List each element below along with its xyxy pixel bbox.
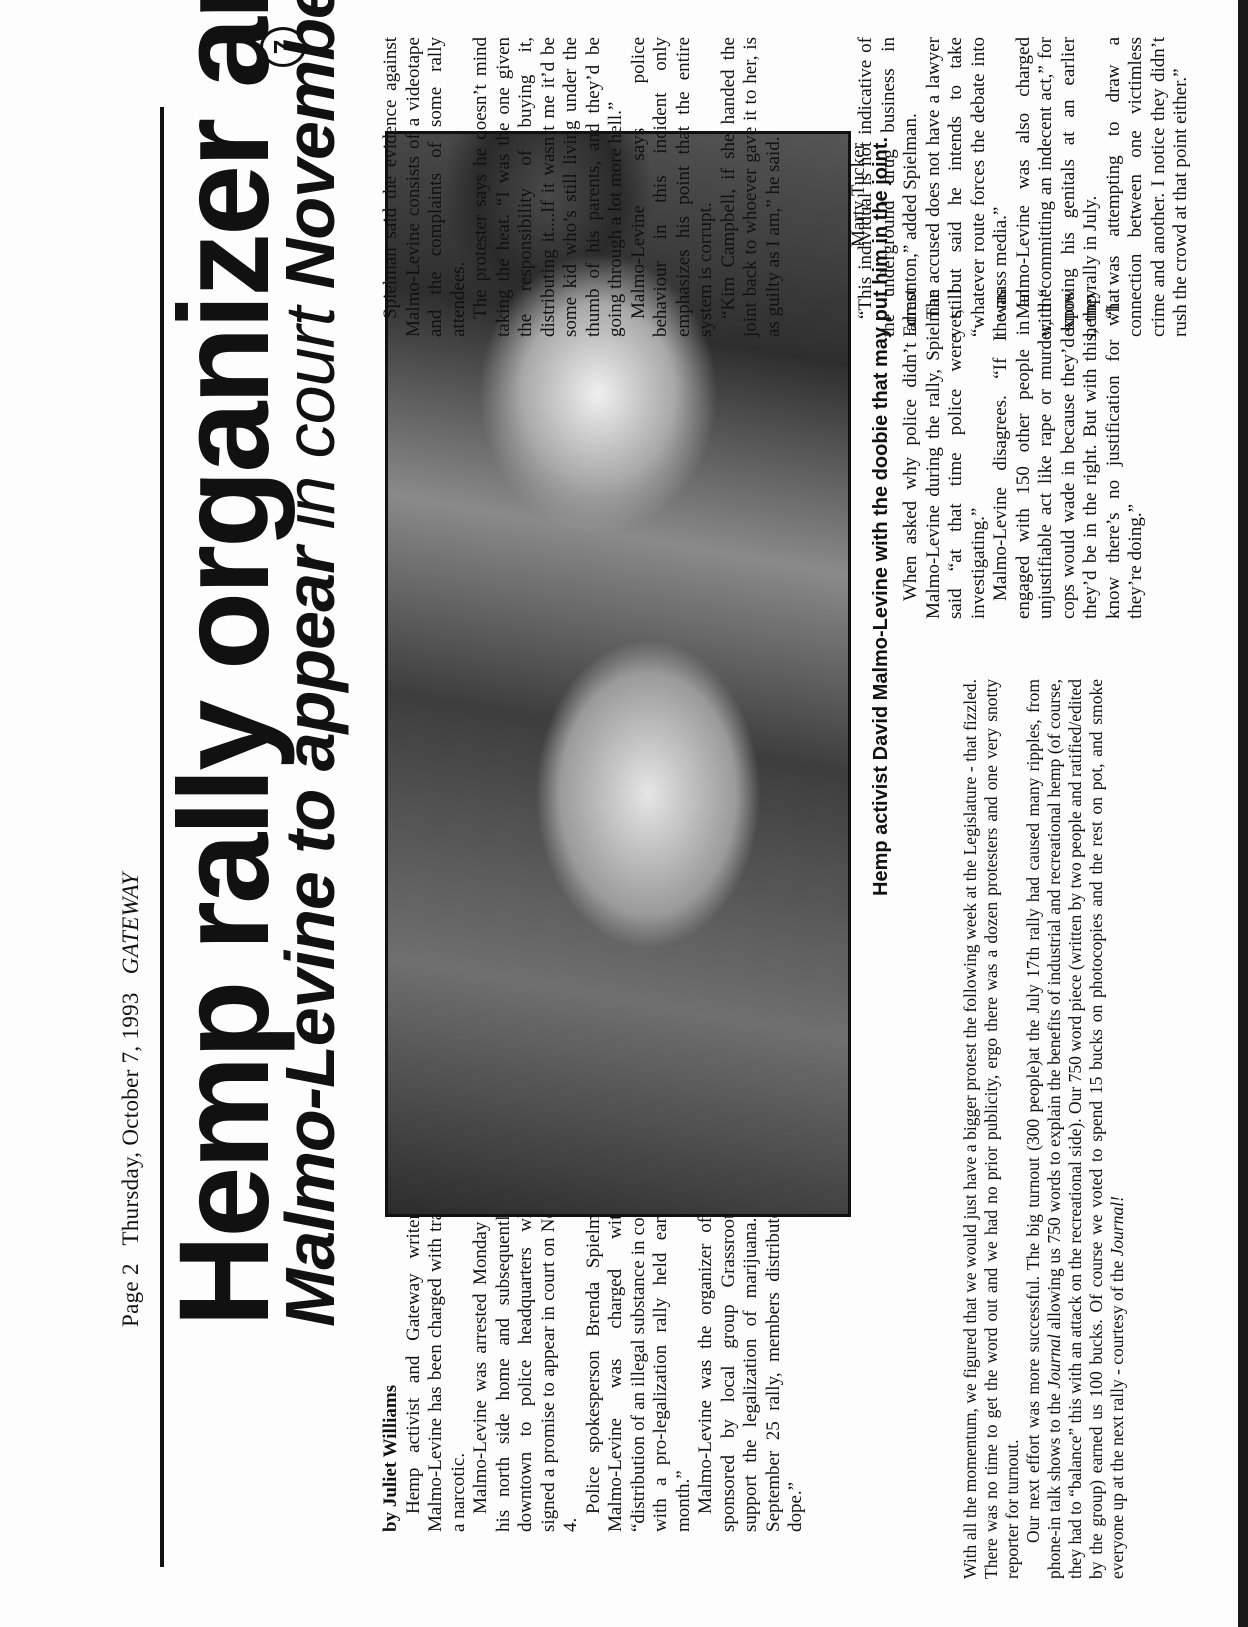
subhead-part-2: appear bbox=[271, 548, 349, 772]
article-column-right: Spielman said the evidence against Malmo… bbox=[380, 37, 785, 337]
paragraph: When asked why police didn’t arrest Malm… bbox=[900, 289, 990, 619]
paragraph: The protester says he doesn’t mind takin… bbox=[470, 37, 628, 337]
article-column-middle: When asked why police didn’t arrest Malm… bbox=[900, 289, 1148, 619]
publication-name: GATEWAY bbox=[118, 872, 143, 974]
newspaper-page: Page 2 Thursday, October 7, 1993 GATEWAY… bbox=[0, 0, 1248, 1627]
paragraph: The accused does not have a lawyer yet, … bbox=[923, 37, 1013, 337]
paragraph: “I was attempting to draw a connection b… bbox=[1103, 37, 1193, 337]
paragraph: Malmo-Levine says police behaviour in th… bbox=[628, 37, 718, 337]
subheadline: Malmo-Levine to appear in court November… bbox=[270, 0, 350, 1327]
paragraph: Malmo-Levine was also charged with “comm… bbox=[1013, 37, 1103, 337]
paragraph: Spielman said the evidence against Malmo… bbox=[380, 37, 470, 337]
paragraph: “Kim Campbell, if she handed the joint b… bbox=[718, 37, 786, 337]
scan-edge bbox=[1238, 0, 1248, 1627]
subhead-part-3: in court bbox=[271, 308, 349, 530]
paragraph: “This individual is not indicative of th… bbox=[855, 37, 923, 337]
subhead-part-4: November 4 bbox=[271, 0, 349, 289]
paragraph: Malmo-Levine disagrees. “If I was engage… bbox=[990, 289, 1148, 619]
article-column-right-continued: “This individual is not indicative of th… bbox=[855, 37, 1193, 337]
note-paragraph-2: Our next effort was more successful. The… bbox=[1023, 679, 1128, 1579]
folio: Page 2 Thursday, October 7, 1993 GATEWAY bbox=[118, 872, 144, 1327]
journal-reference: Journal bbox=[1107, 1202, 1127, 1256]
issue-date: Thursday, October 7, 1993 bbox=[118, 992, 143, 1245]
typed-annotation-note: With all the momentum, we figured that w… bbox=[960, 679, 1128, 1579]
note-paragraph-1: With all the momentum, we figured that w… bbox=[960, 679, 1023, 1579]
note-ending: ! bbox=[1107, 1196, 1127, 1202]
journal-reference: Journal bbox=[1044, 1334, 1064, 1388]
subhead-part-1: Malmo-Levine to bbox=[271, 790, 349, 1327]
headline: Hemp rally organizer arrested bbox=[170, 0, 280, 1327]
page-number: Page 2 bbox=[118, 1263, 143, 1327]
